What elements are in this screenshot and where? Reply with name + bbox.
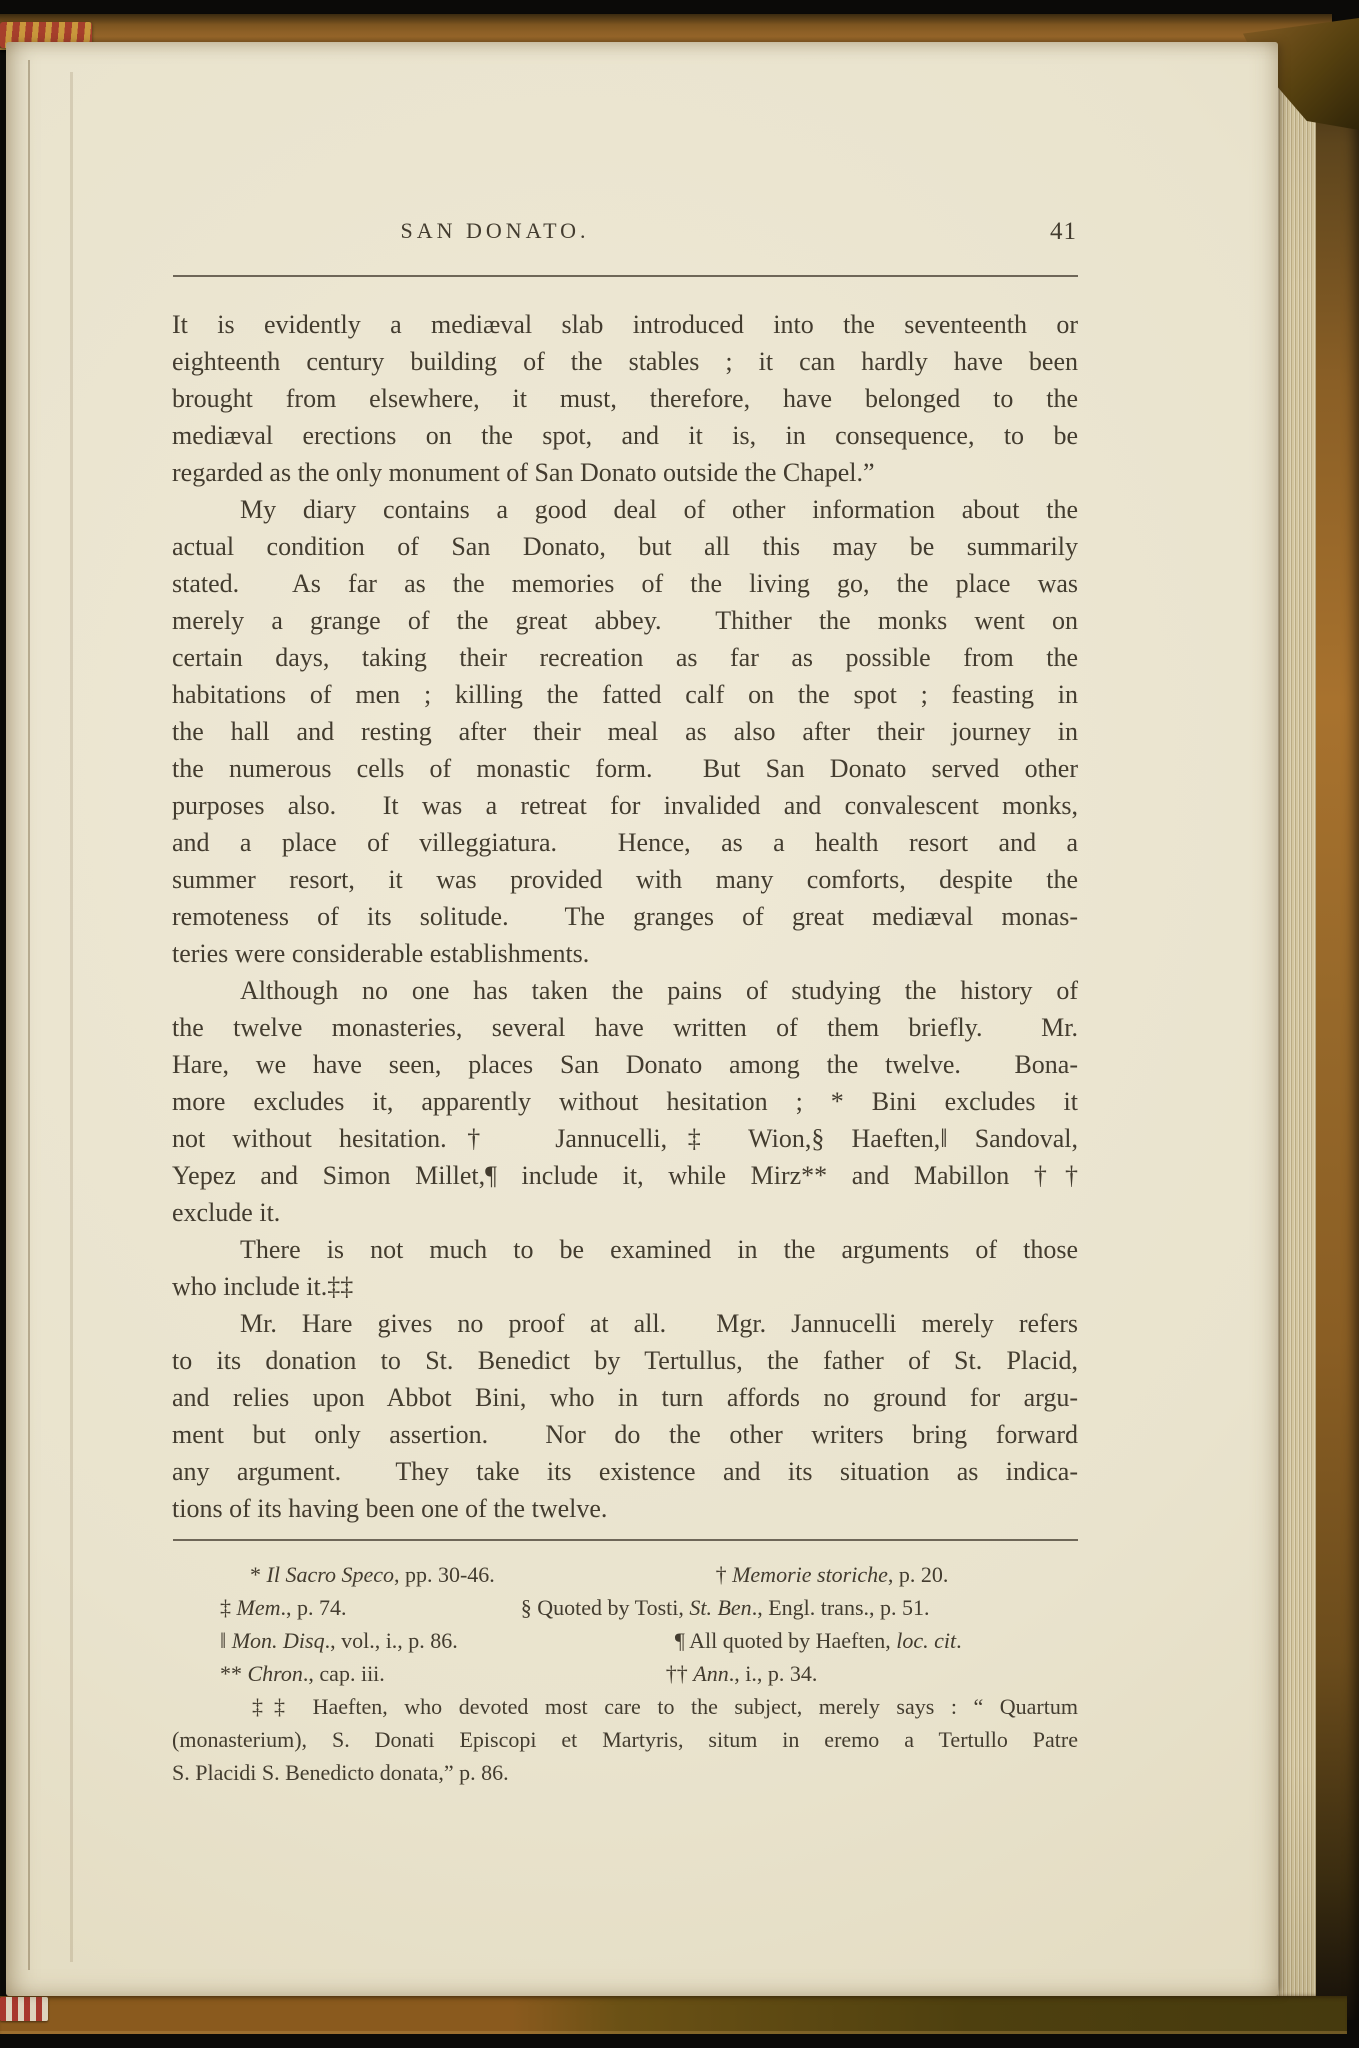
body-line: merely a grange of the great abbey. Thit… <box>172 602 1078 639</box>
footnote-text: ** <box>220 1661 248 1686</box>
body-line: the twelve monasteries, several have wri… <box>172 1009 1078 1046</box>
footnote-row: ** Chron., cap. iii.†† Ann., i., p. 34. <box>172 1657 1078 1690</box>
footnote-entry: * Il Sacro Speco, pp. 30-46. <box>172 1562 495 1587</box>
book-page: SAN DONATO. 41 It is evidently a mediæva… <box>6 42 1278 1996</box>
body-line: brought from elsewhere, it must, therefo… <box>172 380 1078 417</box>
footnote-line: (monasterium), S. Donati Episcopi et Mar… <box>172 1723 1078 1756</box>
body-line: any argument. They take its existence an… <box>172 1453 1078 1490</box>
footnote-line: S. Placidi S. Benedicto donata,” p. 86. <box>172 1756 1078 1789</box>
body-line: stated. As far as the memories of the li… <box>172 565 1078 602</box>
body-line: summer resort, it was provided with many… <box>172 861 1078 898</box>
footnote-text: loc. cit <box>896 1628 956 1653</box>
body-line: regarded as the only monument of San Don… <box>172 454 1078 491</box>
footnote-text: ‡ <box>220 1595 237 1620</box>
footnote-entry: ‡ Mem., p. 74. <box>172 1595 346 1620</box>
body-line: It is evidently a mediæval slab introduc… <box>172 306 1078 343</box>
footnote-text: * <box>250 1562 267 1587</box>
body-line: actual condition of San Donato, but all … <box>172 528 1078 565</box>
body-line: and relies upon Abbot Bini, who in turn … <box>172 1379 1078 1416</box>
body-line: more excludes it, apparently without hes… <box>172 1083 1078 1120</box>
body-line: habitations of men ; killing the fatted … <box>172 676 1078 713</box>
footnote-text: Mem <box>237 1595 281 1620</box>
body-line: Hare, we have seen, places San Donato am… <box>172 1046 1078 1083</box>
footnote-text: Mon. Disq <box>232 1628 325 1653</box>
running-header: SAN DONATO. <box>400 218 589 244</box>
footnote-text: . <box>956 1628 962 1653</box>
body-line: exclude it. <box>172 1194 1078 1231</box>
body-line: purposes also. It was a retreat for inva… <box>172 787 1078 824</box>
body-line: certain days, taking their recreation as… <box>172 639 1078 676</box>
body-line: who include it.‡‡ <box>172 1268 1078 1305</box>
footnote-entry: ** Chron., cap. iii. <box>172 1661 385 1686</box>
footnote-text: , pp. 30-46. <box>394 1562 495 1587</box>
body-line: My diary contains a good deal of other i… <box>172 491 1078 528</box>
body-line: ment but only assertion. Nor do the othe… <box>172 1416 1078 1453</box>
footnote-text: ¶ All quoted by Haeften, <box>675 1628 896 1653</box>
footnote-text: Chron <box>248 1661 303 1686</box>
body-line: There is not much to be examined in the … <box>172 1231 1078 1268</box>
footnote-entry: † Memorie storiche, p. 20. <box>716 1558 949 1591</box>
footnote-text: § Quoted by Tosti, <box>521 1595 690 1620</box>
footnote-row: ‖ Mon. Disq., vol., i., p. 86.¶ All quot… <box>172 1624 1078 1657</box>
footnote-text: Ann <box>693 1661 728 1686</box>
page-gutter-crease <box>70 72 73 1962</box>
body-line: not without hesitation.† Jannucelli,‡ Wi… <box>172 1120 1078 1157</box>
footnotes: * Il Sacro Speco, pp. 30-46.† Memorie st… <box>172 1558 1078 1789</box>
footnote-text: ., vol., i., p. 86. <box>325 1628 458 1653</box>
body-line: eighteenth century building of the stabl… <box>172 343 1078 380</box>
body-line: and a place of villeggiatura. Hence, as … <box>172 824 1078 861</box>
header-rule <box>173 275 1078 277</box>
body-line: the hall and resting after their meal as… <box>172 713 1078 750</box>
body-line: Although no one has taken the pains of s… <box>172 972 1078 1009</box>
footnote-row: ‡ Mem., p. 74.§ Quoted by Tosti, St. Ben… <box>172 1591 1078 1624</box>
footnote-entry: ¶ All quoted by Haeften, loc. cit. <box>675 1624 962 1657</box>
footnote-text: ., cap. iii. <box>303 1661 385 1686</box>
footnote-entry: †† Ann., i., p. 34. <box>666 1657 818 1690</box>
footnote-text: ., Engl. trans., p. 51. <box>752 1595 930 1620</box>
footnote-text: Il Sacro Speco <box>267 1562 394 1587</box>
body-line: teries were considerable establishments. <box>172 935 1078 972</box>
footnote-line: ‡‡ Haeften, who devoted most care to the… <box>172 1690 1078 1723</box>
footnote-row: * Il Sacro Speco, pp. 30-46.† Memorie st… <box>172 1558 1078 1591</box>
footnote-text: , p. 20. <box>888 1562 949 1587</box>
footnote-rule <box>173 1539 1078 1541</box>
page-number: 41 <box>1050 218 1077 246</box>
body-line: to its donation to St. Benedict by Tertu… <box>172 1342 1078 1379</box>
footnote-text: ., i., p. 34. <box>729 1661 818 1686</box>
body-line: Mr. Hare gives no proof at all. Mgr. Jan… <box>172 1305 1078 1342</box>
body-text: It is evidently a mediæval slab introduc… <box>172 306 1078 1527</box>
footnote-text: † <box>716 1562 733 1587</box>
footnote-text: Memorie storiche <box>732 1562 888 1587</box>
photo-background: SAN DONATO. 41 It is evidently a mediæva… <box>0 0 1359 2048</box>
book-cover-right-edge <box>1316 24 1359 2020</box>
body-line: the numerous cells of monastic form. But… <box>172 750 1078 787</box>
headband-bottom <box>0 1997 48 2021</box>
body-line: mediæval erections on the spot, and it i… <box>172 417 1078 454</box>
book-cover-bottom-edge <box>0 1996 1347 2034</box>
body-line: Yepez and Simon Millet,¶ include it, whi… <box>172 1157 1078 1194</box>
body-line: tions of its having been one of the twel… <box>172 1490 1078 1527</box>
page-gutter-crease <box>28 60 30 1970</box>
footnote-entry: ‖ Mon. Disq., vol., i., p. 86. <box>172 1628 458 1653</box>
footnote-entry: § Quoted by Tosti, St. Ben., Engl. trans… <box>521 1591 930 1624</box>
footnote-text: St. Ben <box>689 1595 751 1620</box>
footnote-text: †† <box>666 1661 694 1686</box>
body-line: remoteness of its solitude. The granges … <box>172 898 1078 935</box>
footnote-text: ., p. 74. <box>280 1595 346 1620</box>
footnote-text: ‖ <box>220 1628 232 1653</box>
